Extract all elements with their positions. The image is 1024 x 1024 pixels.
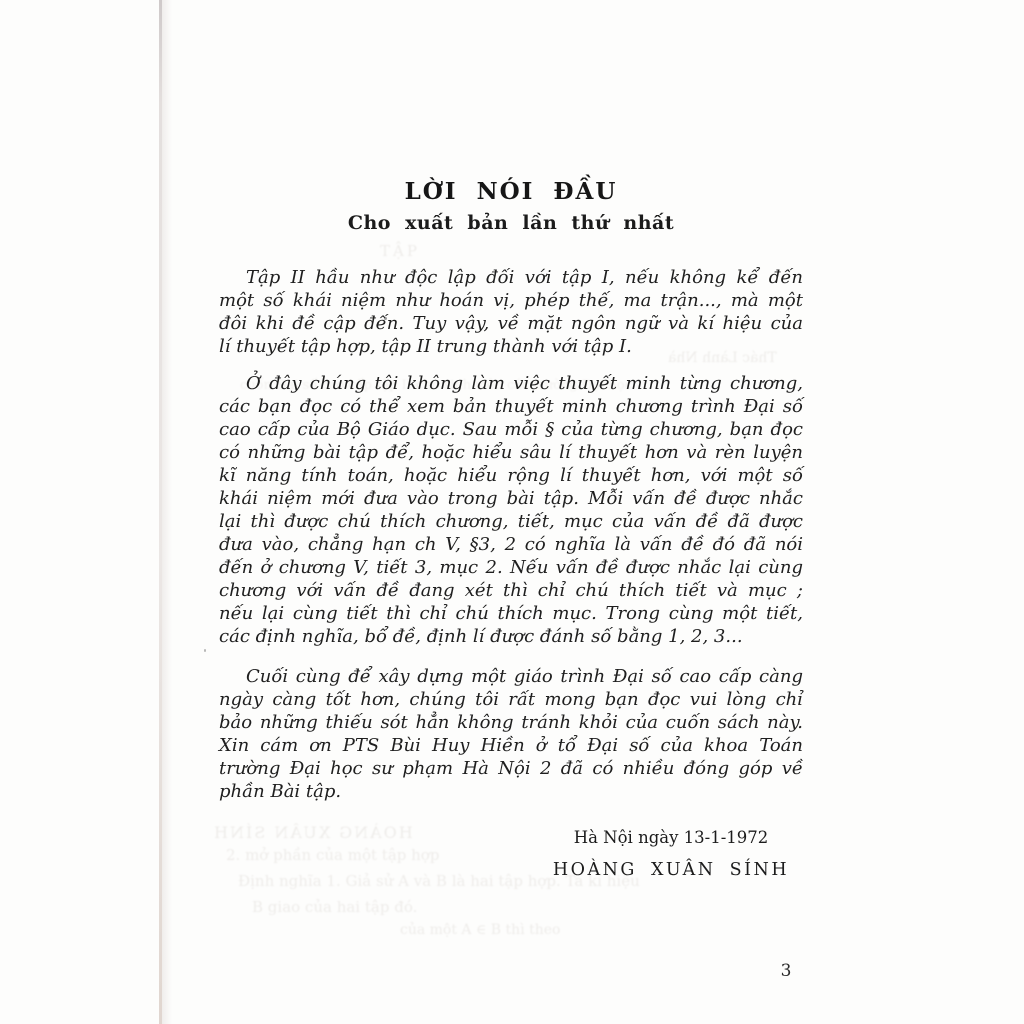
text-line: lí thuyết tập hợp, tập II trung thành vớ… [219,335,803,358]
bleedthrough-text: HOÀNG XUÂN SÍNH [212,823,413,842]
text-line: Tập II hầu như độc lập đối với tập I, nế… [219,266,803,289]
text-line: có những bài tập để, hoặc hiểu sâu lí th… [219,441,803,464]
text-line: khái niệm mới đưa vào trong bài tập. Mỗi… [219,487,803,510]
date-line: Hà Nội ngày 13-1-1972 [545,828,797,847]
text-line: trường Đại học sư phạm Hà Nội 2 đã có nh… [219,757,803,780]
bleedthrough-text: 2. mở phần của một tập hợp [226,846,439,864]
paragraph-3: Cuối cùng để xây dựng một giáo trình Đại… [219,665,803,803]
scanned-book-page: HOÀNG XUÂN SÍNH 2. mở phần của một tập h… [0,0,1024,1024]
text-line: nếu lại cùng tiết thì chỉ chú thích mục.… [219,602,803,625]
bleedthrough-text: B giao của hai tập đó. [252,898,417,916]
text-line: chương với vấn đề đang xét thì chỉ chú t… [219,579,803,602]
text-line: kĩ năng tính toán, hoặc hiểu rộng lí thu… [219,464,803,487]
bleedthrough-text: TẬP [380,242,420,260]
text-line: phần Bài tập. [219,780,803,803]
text-line: các bạn đọc có thể xem bản thuyết minh c… [219,395,803,418]
page-number: 3 [770,961,802,981]
text-line: Xin cám ơn PTS Bùi Huy Hiền ở tổ Đại số … [219,734,803,757]
text-line: Cuối cùng để xây dựng một giáo trình Đại… [219,665,803,688]
text-line: đến ở chương V, tiết 3, mục 2. Nếu vấn đ… [219,556,803,579]
paragraph-2: Ở đây chúng tôi không làm việc thuyết mi… [219,372,803,648]
page-left-edge-shadow [162,0,172,1024]
text-line: một số khái niệm như hoán vị, phép thế, … [219,289,803,312]
scan-speck [204,649,206,652]
text-line: đưa vào, chẳng hạn ch V, §3, 2 có nghĩa … [219,533,803,556]
paragraph-1: Tập II hầu như độc lập đối với tập I, nế… [219,266,803,358]
page-subtitle: Cho xuất bản lần thứ nhất [219,212,803,234]
text-line: đôi khi đề cập đến. Tuy vậy, về mặt ngôn… [219,312,803,335]
text-line: Ở đây chúng tôi không làm việc thuyết mi… [219,372,803,395]
author-signature: HOÀNG XUÂN SÍNH [545,860,797,880]
text-line: bảo những thiếu sót hẳn không tránh khỏi… [219,711,803,734]
bleedthrough-text: của một A ∈ B thì theo [400,922,560,938]
page-title: LỜI NÓI ĐẦU [219,178,803,205]
text-line: cao cấp của Bộ Giáo dục. Sau mỗi § của t… [219,418,803,441]
text-line: lại thì được chú thích chương, tiết, mục… [219,510,803,533]
text-line: ngày càng tốt hơn, chúng tôi rất mong bạ… [219,688,803,711]
text-line: các định nghĩa, bổ đề, định lí được đánh… [219,625,803,648]
